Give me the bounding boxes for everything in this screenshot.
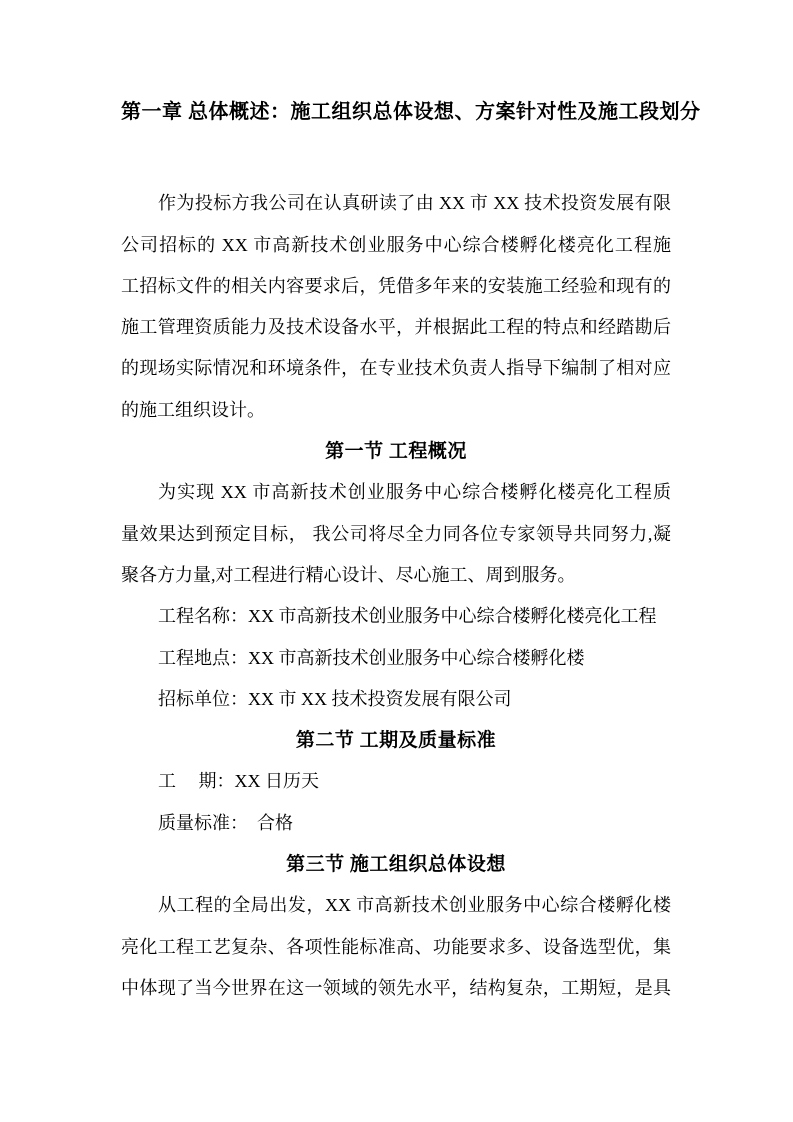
text-line: 工招标文件的相关内容要求后，凭借多年来的安装施工经验和现有的 <box>121 266 671 307</box>
document-page: 第一章 总体概述：施工组织总体设想、方案针对性及施工段划分 作为投标方我公司在认… <box>0 0 793 1122</box>
text-line: 为实现 XX 市高新技术创业服务中心综合楼孵化楼亮化工程质 <box>121 472 671 513</box>
quality-standard-line: 质量标准： 合格 <box>121 803 671 844</box>
text-line: 公司招标的 XX 市高新技术创业服务中心综合楼孵化楼亮化工程施 <box>121 225 671 266</box>
section-heading-2: 第二节 工期及质量标准 <box>121 720 671 761</box>
text-line: 施工管理资质能力及技术设备水平，并根据此工程的特点和经踏勘后 <box>121 307 671 348</box>
section-heading-1: 第一节 工程概况 <box>121 431 671 472</box>
duration-line: 工 期：XX 日历天 <box>121 761 671 802</box>
text-line: 作为投标方我公司在认真研读了由 XX 市 XX 技术投资发展有限 <box>121 183 671 224</box>
text-line: 的现场实际情况和环境条件，在专业技术负责人指导下编制了相对应 <box>121 348 671 389</box>
tendering-unit-line: 招标单位：XX 市 XX 技术投资发展有限公司 <box>121 679 671 720</box>
text-line: 聚各方力量,对工程进行精心设计、尽心施工、周到服务。 <box>121 555 671 596</box>
text-line: 亮化工程工艺复杂、各项性能标准高、功能要求多、设备选型优，集 <box>121 927 671 968</box>
project-name-line: 工程名称：XX 市高新技术创业服务中心综合楼孵化楼亮化工程 <box>121 596 671 637</box>
text-line: 从工程的全局出发，XX 市高新技术创业服务中心综合楼孵化楼 <box>121 885 671 926</box>
text-line: 的施工组织设计。 <box>121 390 671 431</box>
document-content: 第一章 总体概述：施工组织总体设想、方案针对性及施工段划分 作为投标方我公司在认… <box>121 92 671 1009</box>
chapter-title: 第一章 总体概述：施工组织总体设想、方案针对性及施工段划分 <box>121 92 671 133</box>
project-location-line: 工程地点：XX 市高新技术创业服务中心综合楼孵化楼 <box>121 638 671 679</box>
text-line: 量效果达到预定目标， 我公司将尽全力同各位专家领导共同努力,凝 <box>121 514 671 555</box>
text-line: 中体现了当今世界在这一领域的领先水平，结构复杂，工期短，是具 <box>121 968 671 1009</box>
section-heading-3: 第三节 施工组织总体设想 <box>121 844 671 885</box>
